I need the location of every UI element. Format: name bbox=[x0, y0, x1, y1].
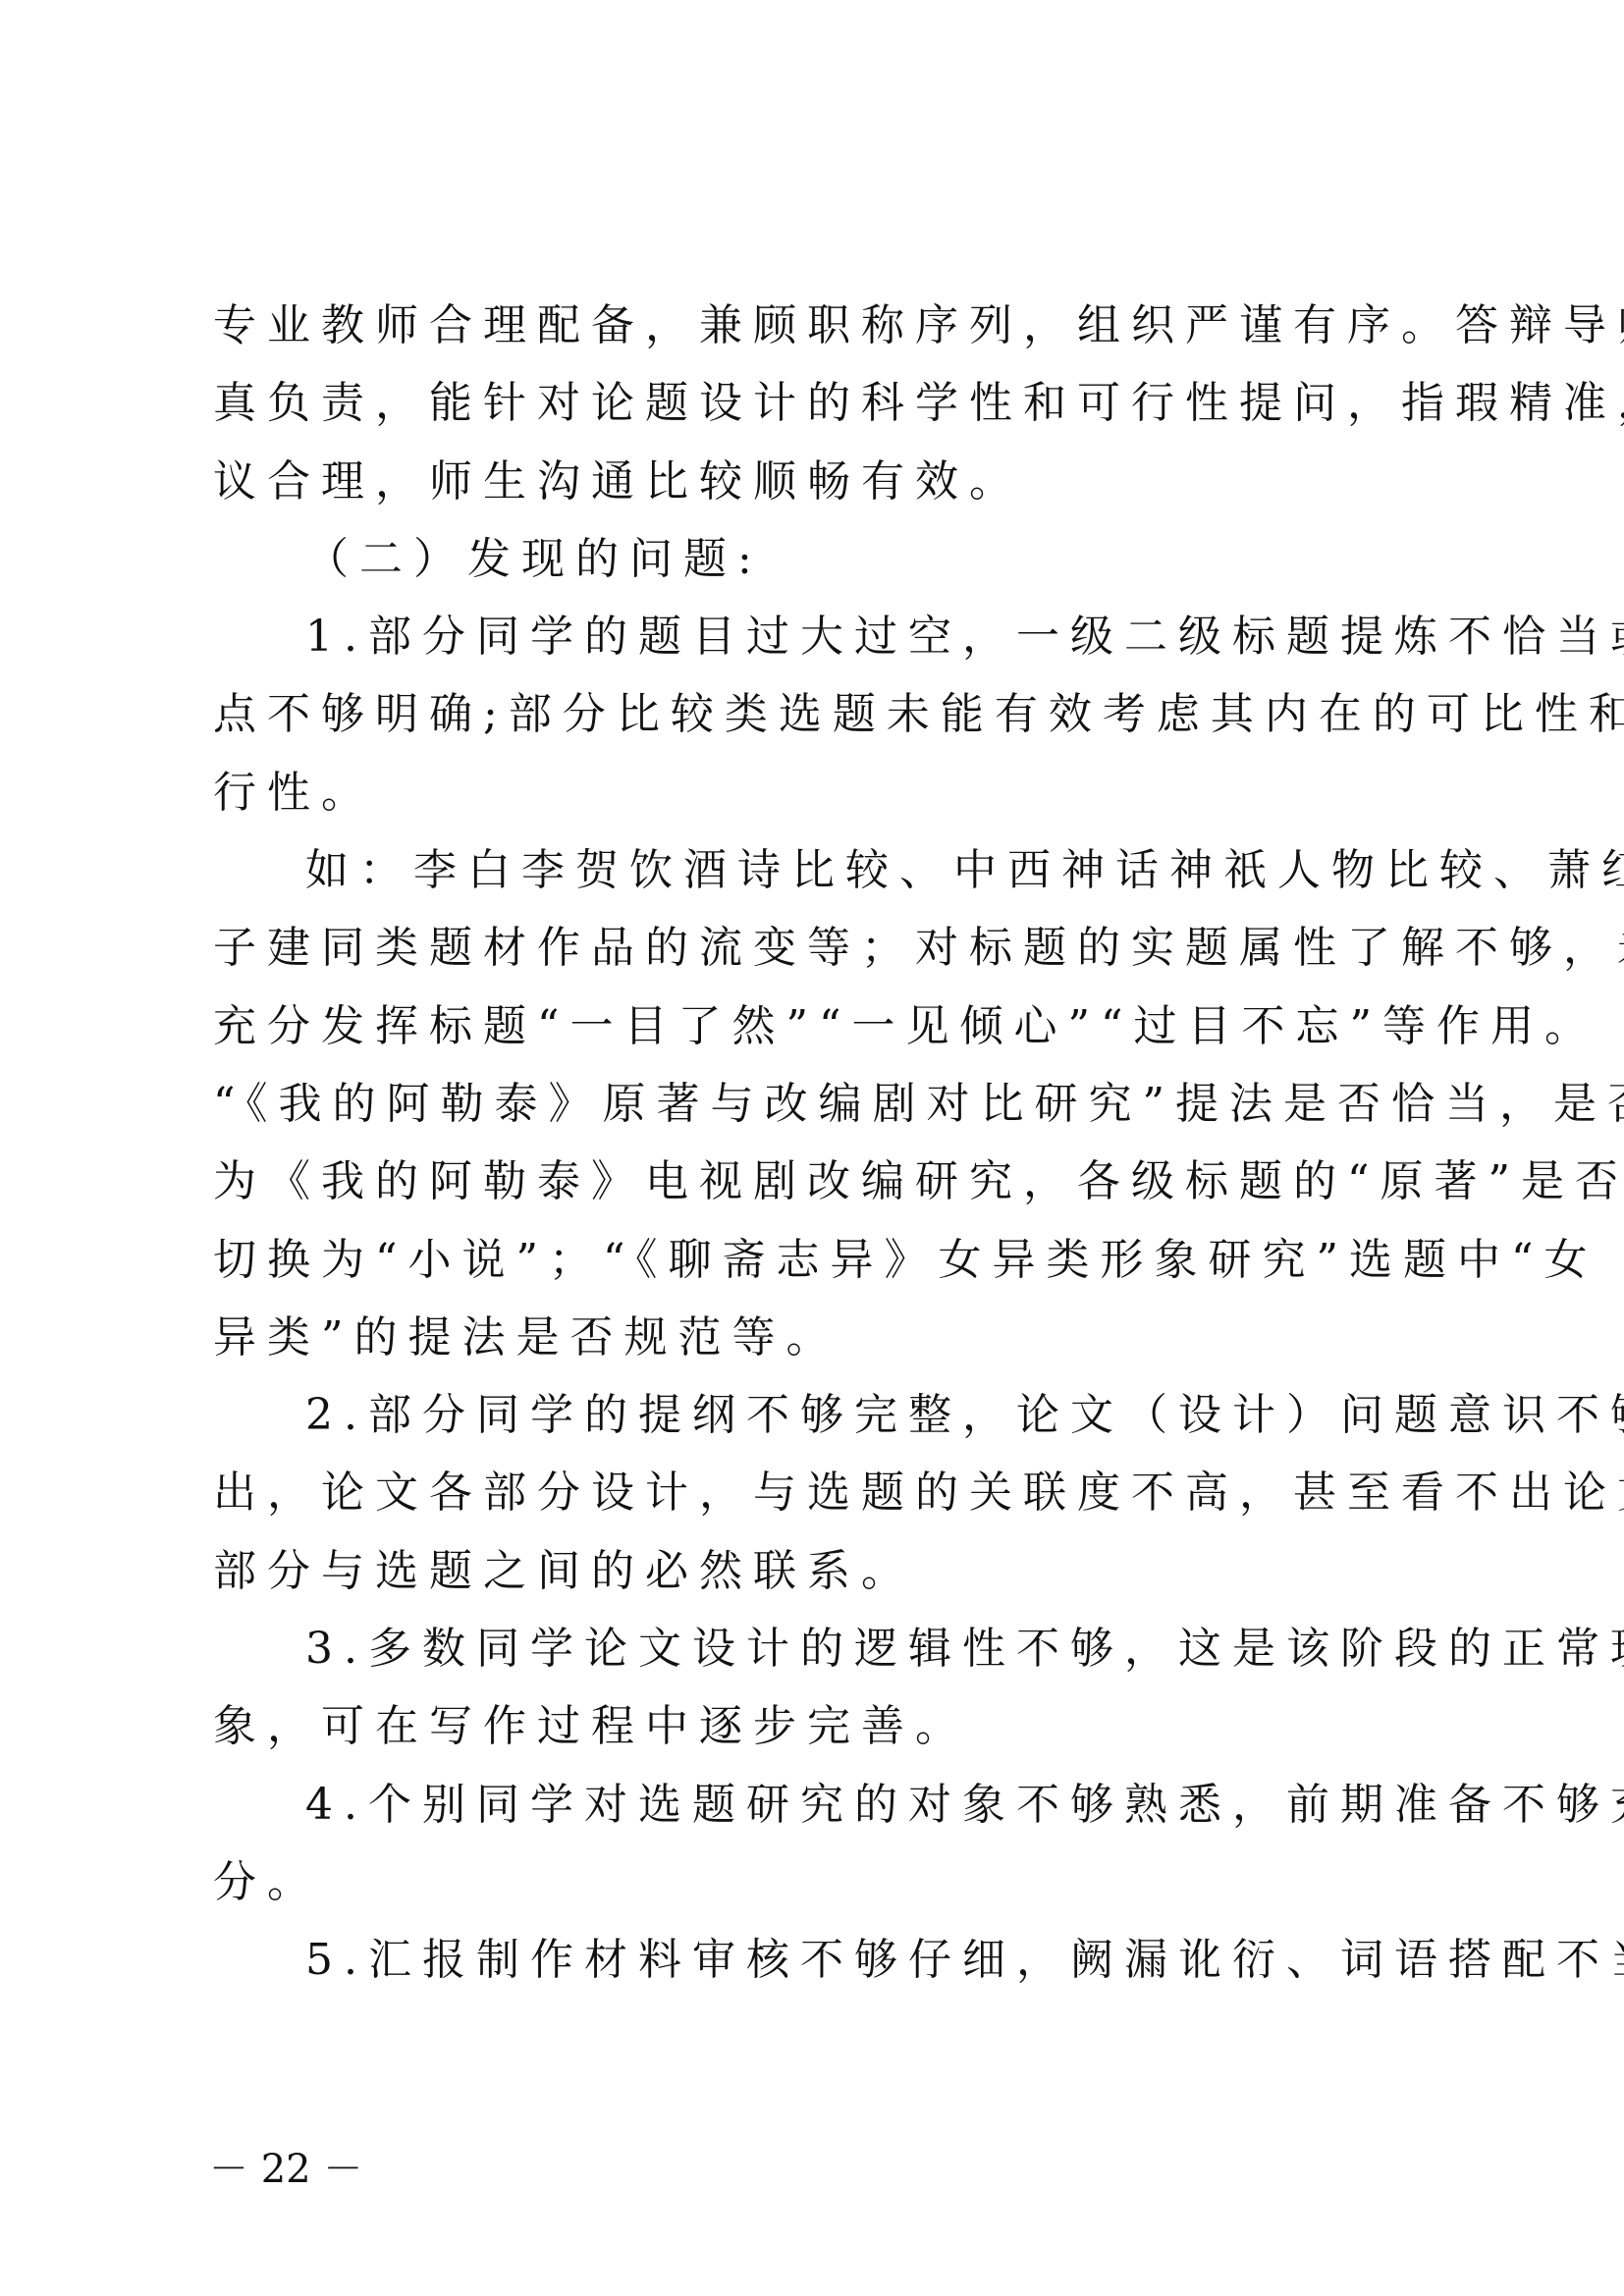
page-number: － 22 － bbox=[209, 2138, 362, 2194]
text-line: 议合理，师生沟通比较顺畅有效。 bbox=[213, 443, 1427, 520]
text-line: 子建同类题材作品的流变等；对标题的实题属性了解不够，未能 bbox=[213, 909, 1427, 987]
text-line: 分。 bbox=[213, 1843, 1427, 1921]
text-line: 异类”的提法是否规范等。 bbox=[213, 1299, 1427, 1376]
section-heading: （二）发现的问题: bbox=[213, 520, 1427, 598]
document-page: 专业教师合理配备，兼顾职称序列，组织严谨有序。答辩导师认 真负责，能针对论题设计… bbox=[0, 0, 1624, 2296]
text-line: 切换为“小说”；“《聊斋志异》女异类形象研究”选题中“女 bbox=[213, 1221, 1427, 1299]
example-paragraph: 如：李白李贺饮酒诗比较、中西神话神祇人物比较、萧红迟 bbox=[213, 831, 1427, 909]
text-line: 部分与选题之间的必然联系。 bbox=[213, 1532, 1427, 1610]
list-item-2: 2.部分同学的提纲不够完整，论文（设计）问题意识不够突 bbox=[213, 1376, 1427, 1454]
text-line: 象，可在写作过程中逐步完善。 bbox=[213, 1687, 1427, 1765]
list-item-4: 4.个别同学对选题研究的对象不够熟悉，前期准备不够充 bbox=[213, 1766, 1427, 1843]
text-line: 点不够明确;部分比较类选题未能有效考虑其内在的可比性和可 bbox=[213, 675, 1427, 753]
text-line: 专业教师合理配备，兼顾职称序列，组织严谨有序。答辩导师认 bbox=[213, 287, 1427, 364]
text-line: 充分发挥标题“一目了然”“一见倾心”“过目不忘”等作用。 bbox=[213, 988, 1427, 1065]
text-line: 真负责，能针对论题设计的科学性和可行性提问，指瑕精准，建 bbox=[213, 364, 1427, 442]
list-item-3: 3.多数同学论文设计的逻辑性不够，这是该阶段的正常现 bbox=[213, 1610, 1427, 1687]
text-line: “《我的阿勒泰》原著与改编剧对比研究”提法是否恰当，是否 bbox=[213, 1065, 1427, 1143]
text-line: 为《我的阿勒泰》电视剧改编研究，各级标题的“原著”是否可 bbox=[213, 1143, 1427, 1220]
list-item-5: 5.汇报制作材料审核不够仔细，阙漏讹衍、词语搭配不当、 bbox=[213, 1921, 1427, 1999]
body-text: 专业教师合理配备，兼顾职称序列，组织严谨有序。答辩导师认 真负责，能针对论题设计… bbox=[213, 287, 1431, 2000]
text-line: 行性。 bbox=[213, 754, 1427, 831]
list-item-1: 1.部分同学的题目过大过空，一级二级标题提炼不恰当或观 bbox=[213, 598, 1427, 675]
text-line: 出，论文各部分设计，与选题的关联度不高，甚至看不出论文各 bbox=[213, 1454, 1427, 1531]
